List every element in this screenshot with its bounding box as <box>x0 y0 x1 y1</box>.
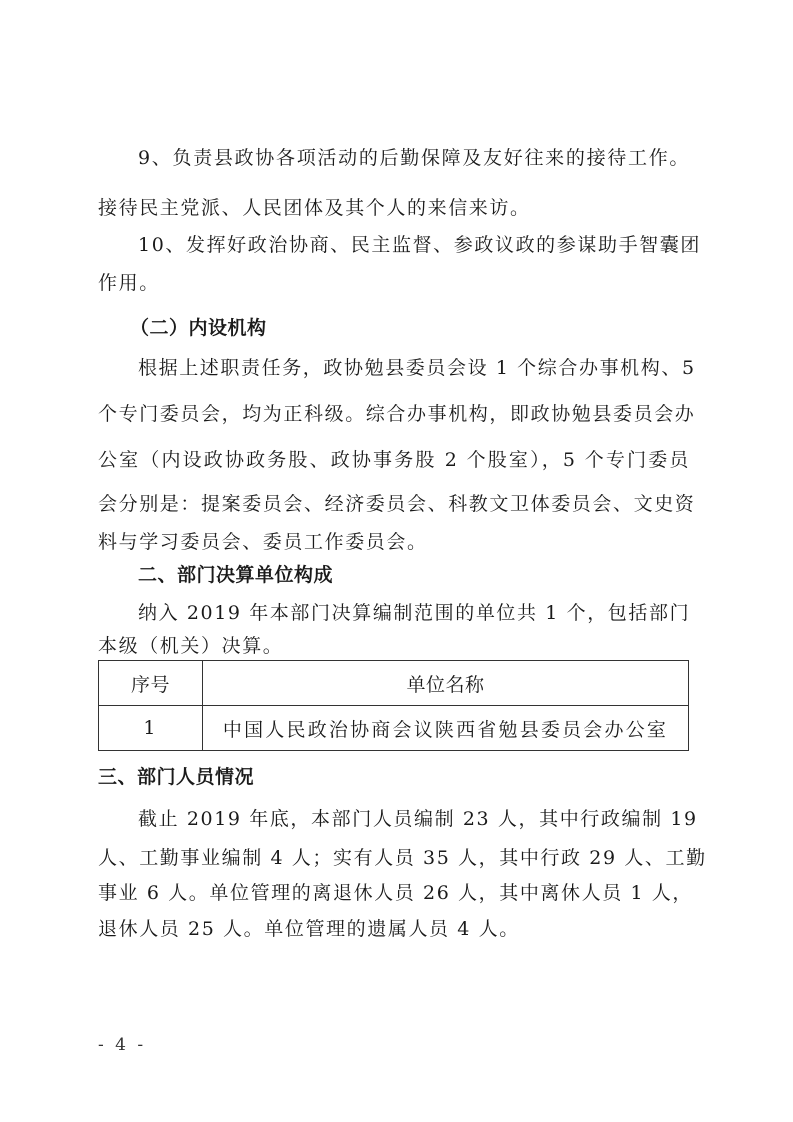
duty-item-10-line-2: 作用。 <box>98 271 690 295</box>
staff-line-3: 事业 6 人。单位管理的离退休人员 26 人，其中离休人员 1 人， <box>98 881 690 905</box>
table-header-index: 序号 <box>99 661 203 706</box>
table-header-row: 序号 单位名称 <box>99 661 689 706</box>
duty-item-9-line-1: 9、负责县政协各项活动的后勤保障及友好往来的接待工作。 <box>138 146 690 170</box>
budget-units-table: 序号 单位名称 1 中国人民政治协商会议陕西省勉县委员会办公室 <box>98 660 689 751</box>
duty-item-10-line-1: 10、发挥好政治协商、民主监督、参政议政的参谋助手智囊团 <box>138 233 690 257</box>
budget-units-line-1: 纳入 2019 年本部门决算编制范围的单位共 1 个，包括部门 <box>138 601 690 625</box>
staff-heading: 三、部门人员情况 <box>98 765 690 789</box>
internal-structure-line-5: 料与学习委员会、委员工作委员会。 <box>98 530 690 554</box>
table-row: 1 中国人民政治协商会议陕西省勉县委员会办公室 <box>99 706 689 751</box>
budget-units-line-2: 本级（机关）决算。 <box>98 634 690 658</box>
duty-item-9-line-2: 接待民主党派、人民团体及其个人的来信来访。 <box>98 196 690 220</box>
internal-structure-line-4: 会分别是：提案委员会、经济委员会、科教文卫体委员会、文史资 <box>98 492 690 516</box>
staff-line-4: 退休人员 25 人。单位管理的遗属人员 4 人。 <box>98 917 690 941</box>
internal-structure-line-1: 根据上述职责任务，政协勉县委员会设 1 个综合办事机构、5 <box>138 356 690 380</box>
internal-structure-heading: （二）内设机构 <box>130 316 682 340</box>
staff-line-2: 人、工勤事业编制 4 人；实有人员 35 人，其中行政 29 人、工勤 <box>98 846 690 870</box>
table-header-unit-name: 单位名称 <box>203 661 689 706</box>
internal-structure-line-2: 个专门委员会，均为正科级。综合办事机构，即政协勉县委员会办 <box>98 402 690 426</box>
staff-line-1: 截止 2019 年底，本部门人员编制 23 人，其中行政编制 19 <box>138 807 690 831</box>
budget-units-heading: 二、部门决算单位构成 <box>138 563 690 587</box>
table-cell-index: 1 <box>99 706 203 751</box>
table-cell-unit-name: 中国人民政治协商会议陕西省勉县委员会办公室 <box>203 706 689 751</box>
document-page: 9、负责县政协各项活动的后勤保障及友好往来的接待工作。 接待民主党派、人民团体及… <box>0 0 793 1122</box>
internal-structure-line-3: 公室（内设政协政务股、政协事务股 2 个股室），5 个专门委员 <box>98 448 690 472</box>
page-number: - 4 - <box>98 1035 146 1055</box>
